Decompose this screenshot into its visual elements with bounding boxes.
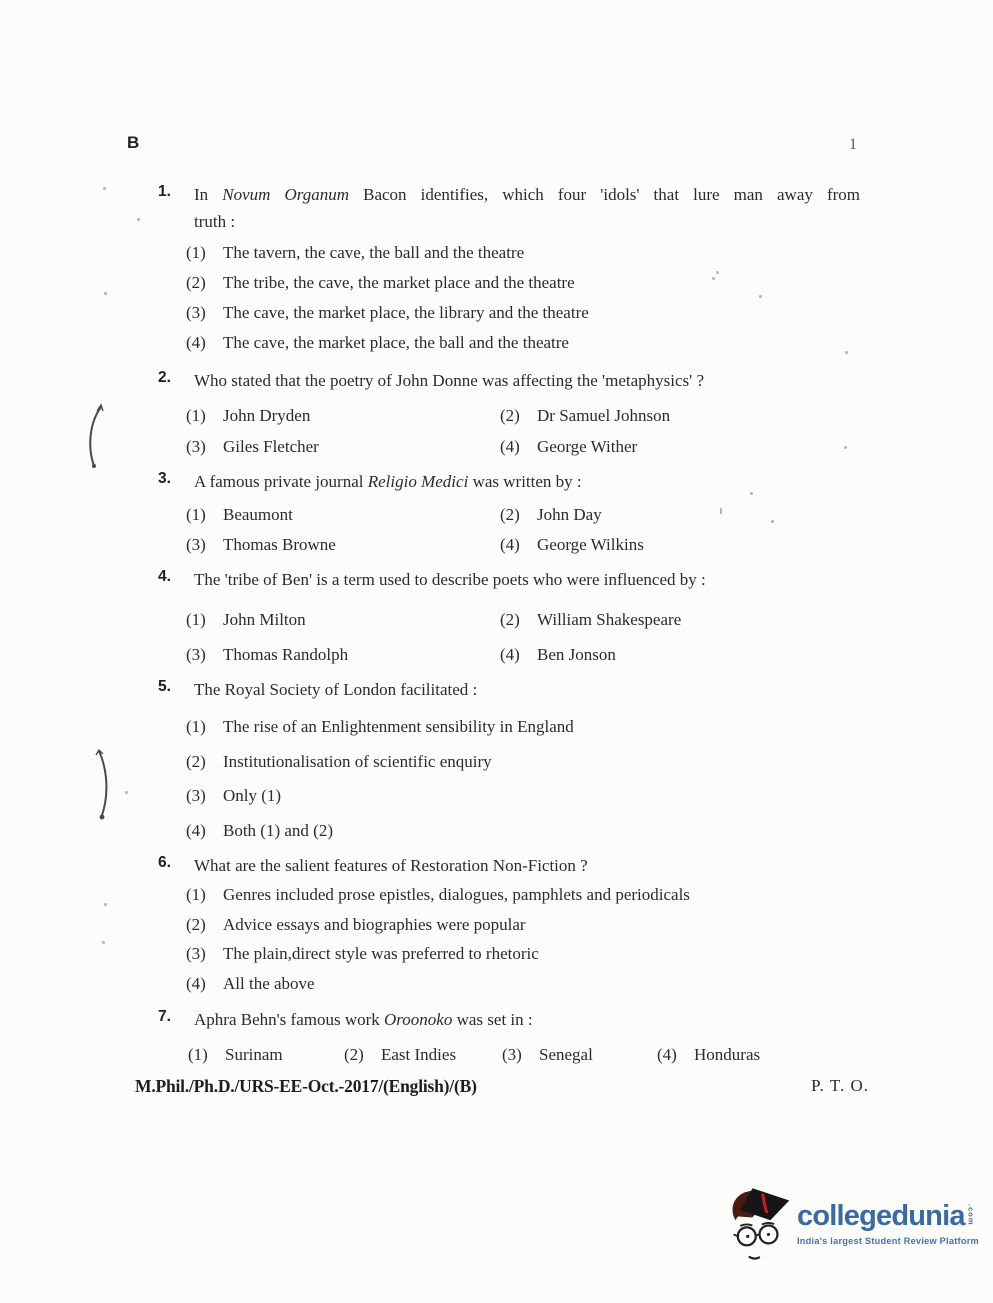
question-set-code: B (127, 133, 139, 153)
option-number: (2) (186, 268, 223, 298)
option-item: (1)Beaumont (186, 500, 500, 530)
brand-name: collegedunia (797, 1202, 965, 1231)
option-label: Honduras (694, 1040, 860, 1070)
option-label: Both (1) and (2) (223, 814, 860, 849)
option-item: (1)The tavern, the cave, the ball and th… (186, 238, 860, 268)
page-number: 1 (849, 136, 857, 154)
option-label: George Wilkins (537, 530, 860, 560)
option-item: (4)All the above (186, 969, 860, 999)
option-number: (3) (186, 939, 223, 969)
option-number: (3) (186, 530, 223, 560)
option-label: Surinam (225, 1040, 344, 1070)
option-number: (4) (186, 969, 223, 999)
options-list: (1)Beaumont (2)John Day (3)Thomas Browne… (186, 500, 860, 560)
option-label: The rise of an Enlightenment sensibility… (223, 710, 860, 745)
scan-speck (103, 187, 106, 190)
option-item: (1)Genres included prose epistles, dialo… (186, 880, 860, 910)
option-number: (3) (186, 637, 223, 672)
option-item: (4)Both (1) and (2) (186, 814, 860, 849)
question-number: 5. (158, 676, 194, 703)
option-number: (1) (186, 500, 223, 530)
option-label: Institutionalisation of scientific enqui… (223, 745, 860, 780)
option-number: (2) (186, 910, 223, 940)
question-number: 6. (158, 852, 194, 879)
brand-tld: .com (967, 1204, 976, 1226)
question-text: Who stated that the poetry of John Donne… (194, 367, 860, 394)
option-number: (4) (186, 328, 223, 358)
question-7: 7. Aphra Behn's famous work Oroonoko was… (158, 1006, 860, 1070)
option-label: The cave, the market place, the library … (223, 298, 860, 328)
option-item: (2)Dr Samuel Johnson (500, 400, 860, 431)
option-number: (1) (188, 1040, 225, 1070)
question-5: 5. The Royal Society of London facilitat… (158, 676, 860, 848)
option-number: (1) (186, 400, 223, 431)
option-number: (4) (500, 637, 537, 672)
logo-text: collegedunia .com India's largest Studen… (797, 1186, 979, 1246)
brand-tagline: India's largest Student Review Platform (797, 1236, 979, 1246)
scanned-exam-page: B 1 1. In Novum Organum Bacon identifies… (0, 0, 993, 1303)
collegedunia-logo: collegedunia .com India's largest Studen… (727, 1186, 979, 1264)
footer-paper-code: M.Phil./Ph.D./URS-EE-Oct.-2017/(English)… (135, 1076, 477, 1097)
option-label: East Indies (381, 1040, 502, 1070)
option-number: (3) (186, 431, 223, 462)
book-title-italic: Oroonoko (384, 1010, 452, 1029)
question-4: 4. The 'tribe of Ben' is a term used to … (158, 566, 860, 672)
option-number: (3) (186, 779, 223, 814)
option-number: (3) (186, 298, 223, 328)
option-item: (3)Thomas Randolph (186, 637, 500, 672)
option-label: Genres included prose epistles, dialogue… (223, 880, 860, 910)
scan-speck (104, 292, 107, 295)
option-label: Giles Fletcher (223, 431, 500, 462)
option-item: (1)John Dryden (186, 400, 500, 431)
question-number: 3. (158, 468, 194, 495)
option-label: Thomas Randolph (223, 637, 500, 672)
option-item: (4)The cave, the market place, the ball … (186, 328, 860, 358)
options-list: (1)John Milton (2)William Shakespeare (3… (186, 602, 860, 672)
question-text: Aphra Behn's famous work Oroonoko was se… (194, 1006, 860, 1033)
option-number: (2) (344, 1040, 381, 1070)
option-item: (3)Thomas Browne (186, 530, 500, 560)
option-item: (1)The rise of an Enlightenment sensibil… (186, 710, 860, 745)
option-item: (2)William Shakespeare (500, 602, 860, 637)
question-text: The 'tribe of Ben' is a term used to des… (194, 566, 860, 593)
option-item: (3)The cave, the market place, the libra… (186, 298, 860, 328)
options-list: (1)John Dryden (2)Dr Samuel Johnson (3)G… (186, 400, 860, 462)
option-item: (3)Only (1) (186, 779, 860, 814)
options-list: (1)Genres included prose epistles, dialo… (186, 880, 860, 998)
option-item: (4)George Wilkins (500, 530, 860, 560)
option-number: (1) (186, 710, 223, 745)
option-number: (3) (502, 1040, 539, 1070)
scan-speck (137, 218, 140, 221)
question-number: 1. (158, 181, 194, 235)
option-number: (4) (186, 814, 223, 849)
option-label: The cave, the market place, the ball and… (223, 328, 860, 358)
footer-pto: P. T. O. (811, 1076, 869, 1096)
option-label: John Day (537, 500, 860, 530)
options-list: (1)The rise of an Enlightenment sensibil… (186, 710, 860, 848)
option-item: (3)Giles Fletcher (186, 431, 500, 462)
student-mascot-icon (727, 1186, 793, 1264)
option-number: (1) (186, 602, 223, 637)
option-item: (4)Honduras (657, 1040, 860, 1070)
option-number: (4) (500, 431, 537, 462)
option-item: (4)Ben Jonson (500, 637, 860, 672)
scan-speck (125, 791, 128, 794)
option-label: George Wither (537, 431, 860, 462)
option-label: Thomas Browne (223, 530, 500, 560)
option-label: John Dryden (223, 400, 500, 431)
option-label: Advice essays and biographies were popul… (223, 910, 860, 940)
option-label: Dr Samuel Johnson (537, 400, 860, 431)
option-number: (2) (500, 602, 537, 637)
option-label: The plain,direct style was preferred to … (223, 939, 860, 969)
option-item: (2)Institutionalisation of scientific en… (186, 745, 860, 780)
question-text-line2: truth : (194, 208, 860, 235)
book-title-italic: Novum Organum (222, 185, 349, 204)
option-label: William Shakespeare (537, 602, 860, 637)
option-label: Only (1) (223, 779, 860, 814)
question-6: 6. What are the salient features of Rest… (158, 852, 860, 998)
option-label: John Milton (223, 602, 500, 637)
question-1: 1. In Novum Organum Bacon identifies, wh… (158, 181, 860, 358)
options-list: (1)Surinam (2)East Indies (3)Senegal (4)… (188, 1040, 860, 1070)
question-2: 2. Who stated that the poetry of John Do… (158, 367, 860, 462)
option-label: All the above (223, 969, 860, 999)
question-number: 4. (158, 566, 194, 593)
option-item: (2)Advice essays and biographies were po… (186, 910, 860, 940)
question-text: In Novum Organum Bacon identifies, which… (194, 181, 860, 208)
question-number: 2. (158, 367, 194, 394)
handwritten-close-bracket-mark (92, 747, 116, 825)
question-text: A famous private journal Religio Medici … (194, 468, 860, 495)
option-item: (1)Surinam (188, 1040, 344, 1070)
option-item: (2)John Day (500, 500, 860, 530)
scan-speck (104, 903, 107, 906)
question-text: The Royal Society of London facilitated … (194, 676, 860, 703)
options-list: (1)The tavern, the cave, the ball and th… (186, 238, 860, 358)
option-item: (3)Senegal (502, 1040, 657, 1070)
scan-speck (102, 941, 105, 944)
option-number: (4) (657, 1040, 694, 1070)
option-number: (2) (500, 400, 537, 431)
handwritten-open-bracket-mark (84, 402, 108, 474)
option-label: The tribe, the cave, the market place an… (223, 268, 860, 298)
option-label: Ben Jonson (537, 637, 860, 672)
question-number: 7. (158, 1006, 194, 1033)
book-title-italic: Religio Medici (368, 472, 469, 491)
option-item: (1)John Milton (186, 602, 500, 637)
option-label: Beaumont (223, 500, 500, 530)
option-item: (2)The tribe, the cave, the market place… (186, 268, 860, 298)
option-number: (2) (186, 745, 223, 780)
option-number: (2) (500, 500, 537, 530)
option-item: (4)George Wither (500, 431, 860, 462)
option-number: (4) (500, 530, 537, 560)
option-label: Senegal (539, 1040, 657, 1070)
question-3: 3. A famous private journal Religio Medi… (158, 468, 860, 560)
option-item: (3)The plain,direct style was preferred … (186, 939, 860, 969)
option-label: The tavern, the cave, the ball and the t… (223, 238, 860, 268)
option-item: (2)East Indies (344, 1040, 502, 1070)
option-number: (1) (186, 238, 223, 268)
option-number: (1) (186, 880, 223, 910)
question-text: What are the salient features of Restora… (194, 852, 860, 879)
